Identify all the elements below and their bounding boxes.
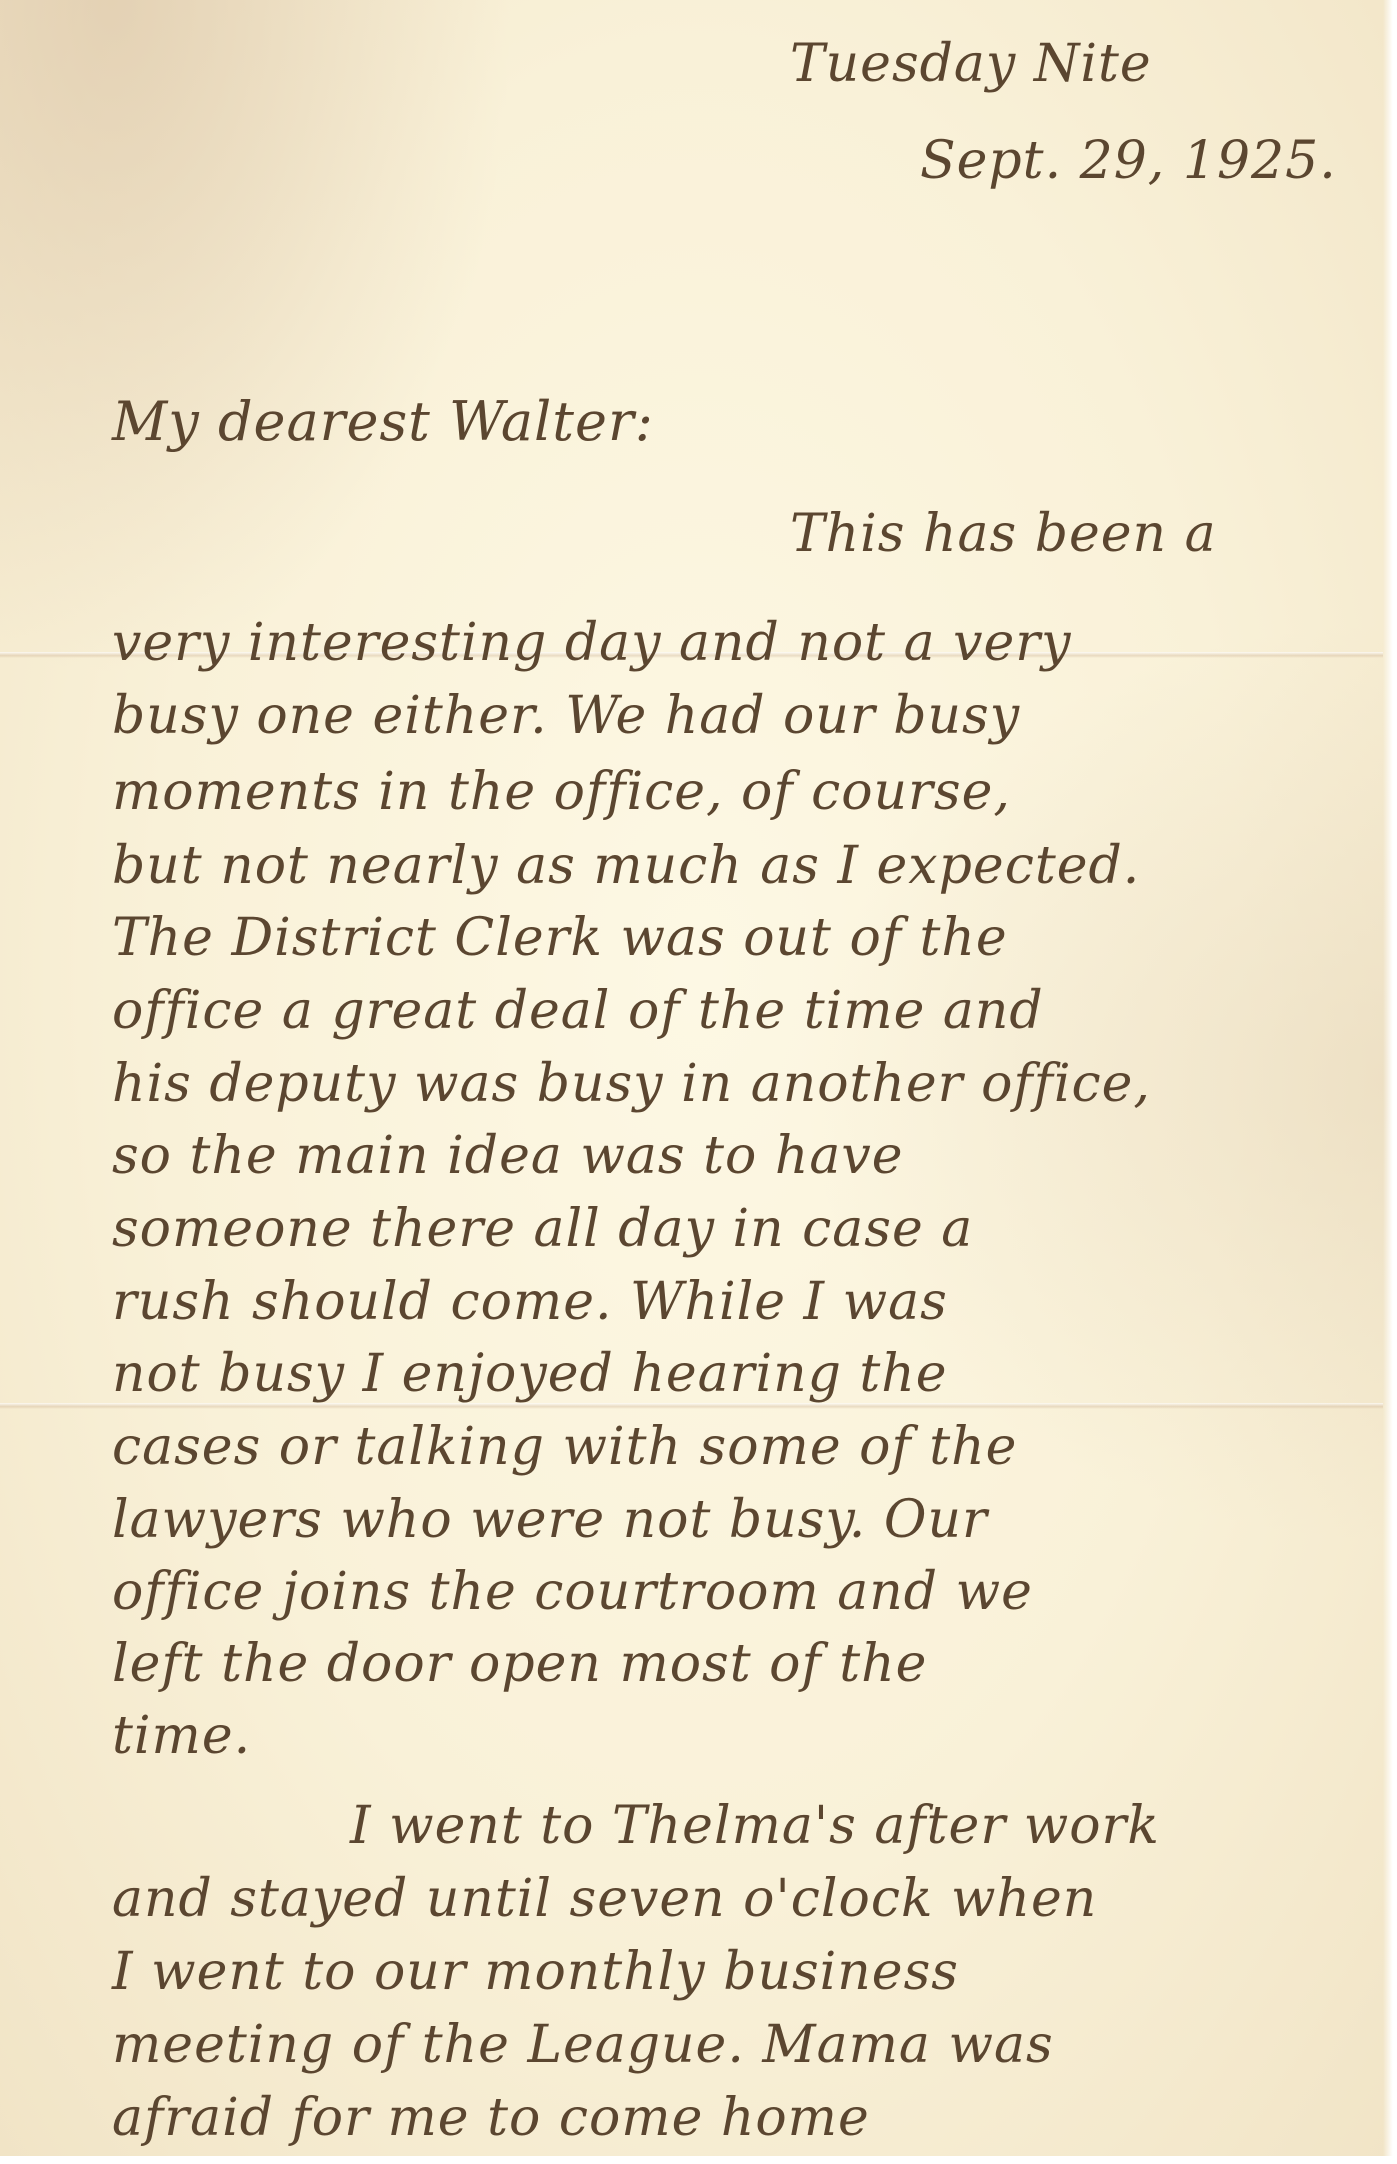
letter-line: rush should come. While I was xyxy=(112,1276,948,1328)
letter-line: The District Clerk was out of the xyxy=(112,912,1008,964)
letter-salutation: My dearest Walter: xyxy=(112,395,654,449)
letter-line: so the main idea was to have xyxy=(112,1130,904,1182)
letter-line: someone there all day in case a xyxy=(112,1203,973,1255)
letter-line: very interesting day and not a very xyxy=(112,617,1072,669)
letter-line: I went to our monthly business xyxy=(112,1946,959,1998)
letter-line: and stayed until seven o'clock when xyxy=(112,1873,1097,1925)
letter-line: afraid for me to come home xyxy=(112,2092,870,2144)
paper-edge xyxy=(0,2156,1397,2164)
paper-edge xyxy=(1383,0,1397,2164)
letter-line: cases or talking with some of the xyxy=(112,1421,1017,1473)
letter-line: busy one either. We had our busy xyxy=(112,690,1020,742)
letter-line: but not nearly as much as I expected. xyxy=(112,840,1140,892)
letter-line: office a great deal of the time and xyxy=(112,985,1044,1037)
letter-line: lawyers who were not busy. Our xyxy=(112,1494,988,1546)
letter-line: office joins the courtroom and we xyxy=(112,1566,1033,1618)
letter-line: time. xyxy=(112,1710,251,1762)
letter-day: Tuesday Nite xyxy=(790,38,1152,90)
letter-line: not busy I enjoyed hearing the xyxy=(112,1348,948,1400)
letter-line: his deputy was busy in another office, xyxy=(112,1058,1151,1110)
letter-line: left the door open most of the xyxy=(112,1638,927,1690)
letter-line: This has been a xyxy=(790,508,1217,560)
letter-page: Tuesday Nite Sept. 29, 1925. My dearest … xyxy=(0,0,1397,2164)
letter-line: moments in the office, of course, xyxy=(112,766,1011,818)
letter-line: I went to Thelma's after work xyxy=(350,1800,1160,1852)
letter-date: Sept. 29, 1925. xyxy=(920,135,1337,187)
letter-line: meeting of the League. Mama was xyxy=(112,2019,1054,2071)
